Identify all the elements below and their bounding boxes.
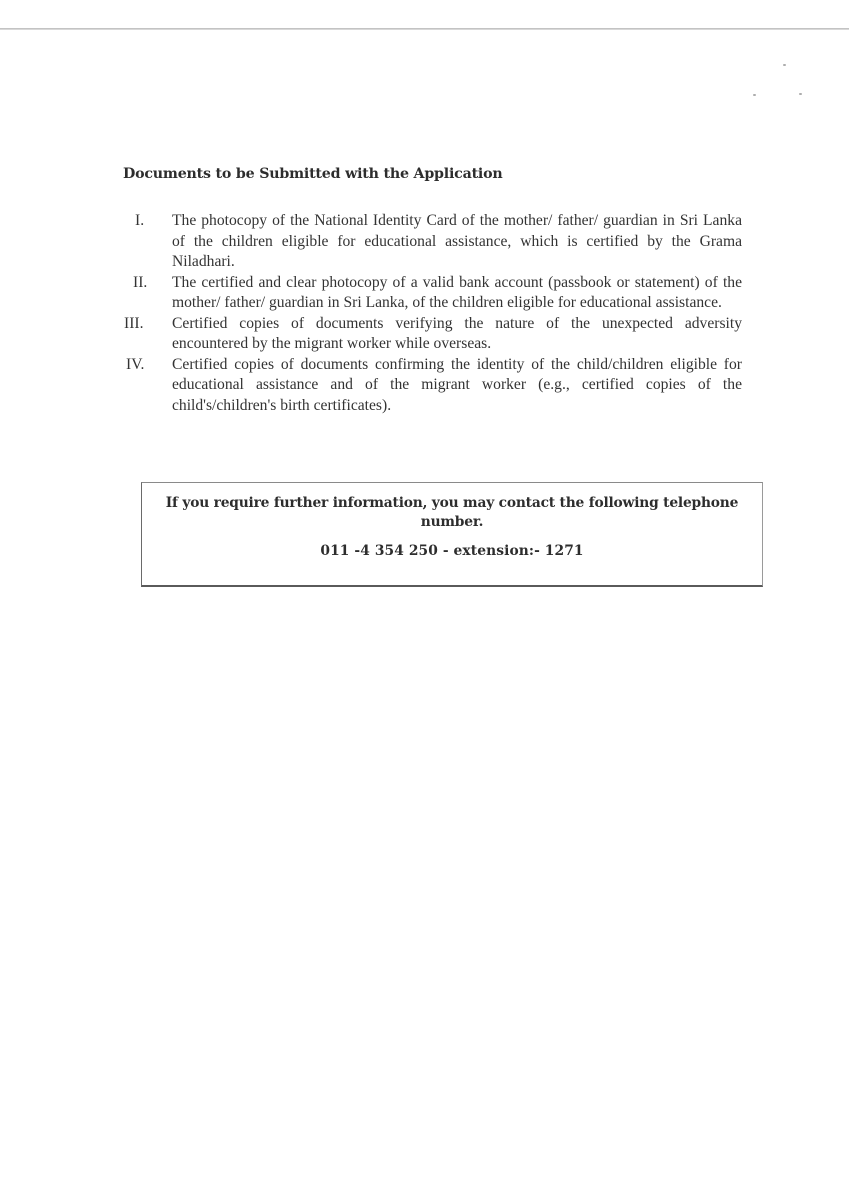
list-item-numeral: III.: [124, 314, 172, 335]
scan-speck: [753, 94, 756, 96]
contact-message: If you require further information, you …: [162, 494, 742, 532]
contact-info-box: If you require further information, you …: [141, 482, 763, 587]
scan-page-edge: [0, 28, 849, 30]
list-item-text: The certified and clear photocopy of a v…: [172, 273, 742, 314]
scan-speck: [783, 64, 786, 66]
list-item: I. The photocopy of the National Identit…: [124, 211, 742, 273]
list-item-text: Certified copies of documents verifying …: [172, 314, 742, 355]
list-item-numeral: IV.: [124, 355, 172, 376]
list-item-text: The photocopy of the National Identity C…: [172, 211, 742, 273]
scan-speck: [799, 93, 802, 95]
list-item: IV. Certified copies of documents confir…: [124, 355, 742, 417]
contact-phone-number: 011 -4 354 250 - extension:- 1271: [142, 543, 762, 559]
required-documents-list: I. The photocopy of the National Identit…: [124, 211, 742, 416]
list-item: III. Certified copies of documents verif…: [124, 314, 742, 355]
list-item-numeral: I.: [124, 211, 172, 232]
section-heading: Documents to be Submitted with the Appli…: [123, 166, 503, 182]
list-item-text: Certified copies of documents confirming…: [172, 355, 742, 417]
list-item: II. The certified and clear photocopy of…: [124, 273, 742, 314]
list-item-numeral: II.: [124, 273, 172, 294]
